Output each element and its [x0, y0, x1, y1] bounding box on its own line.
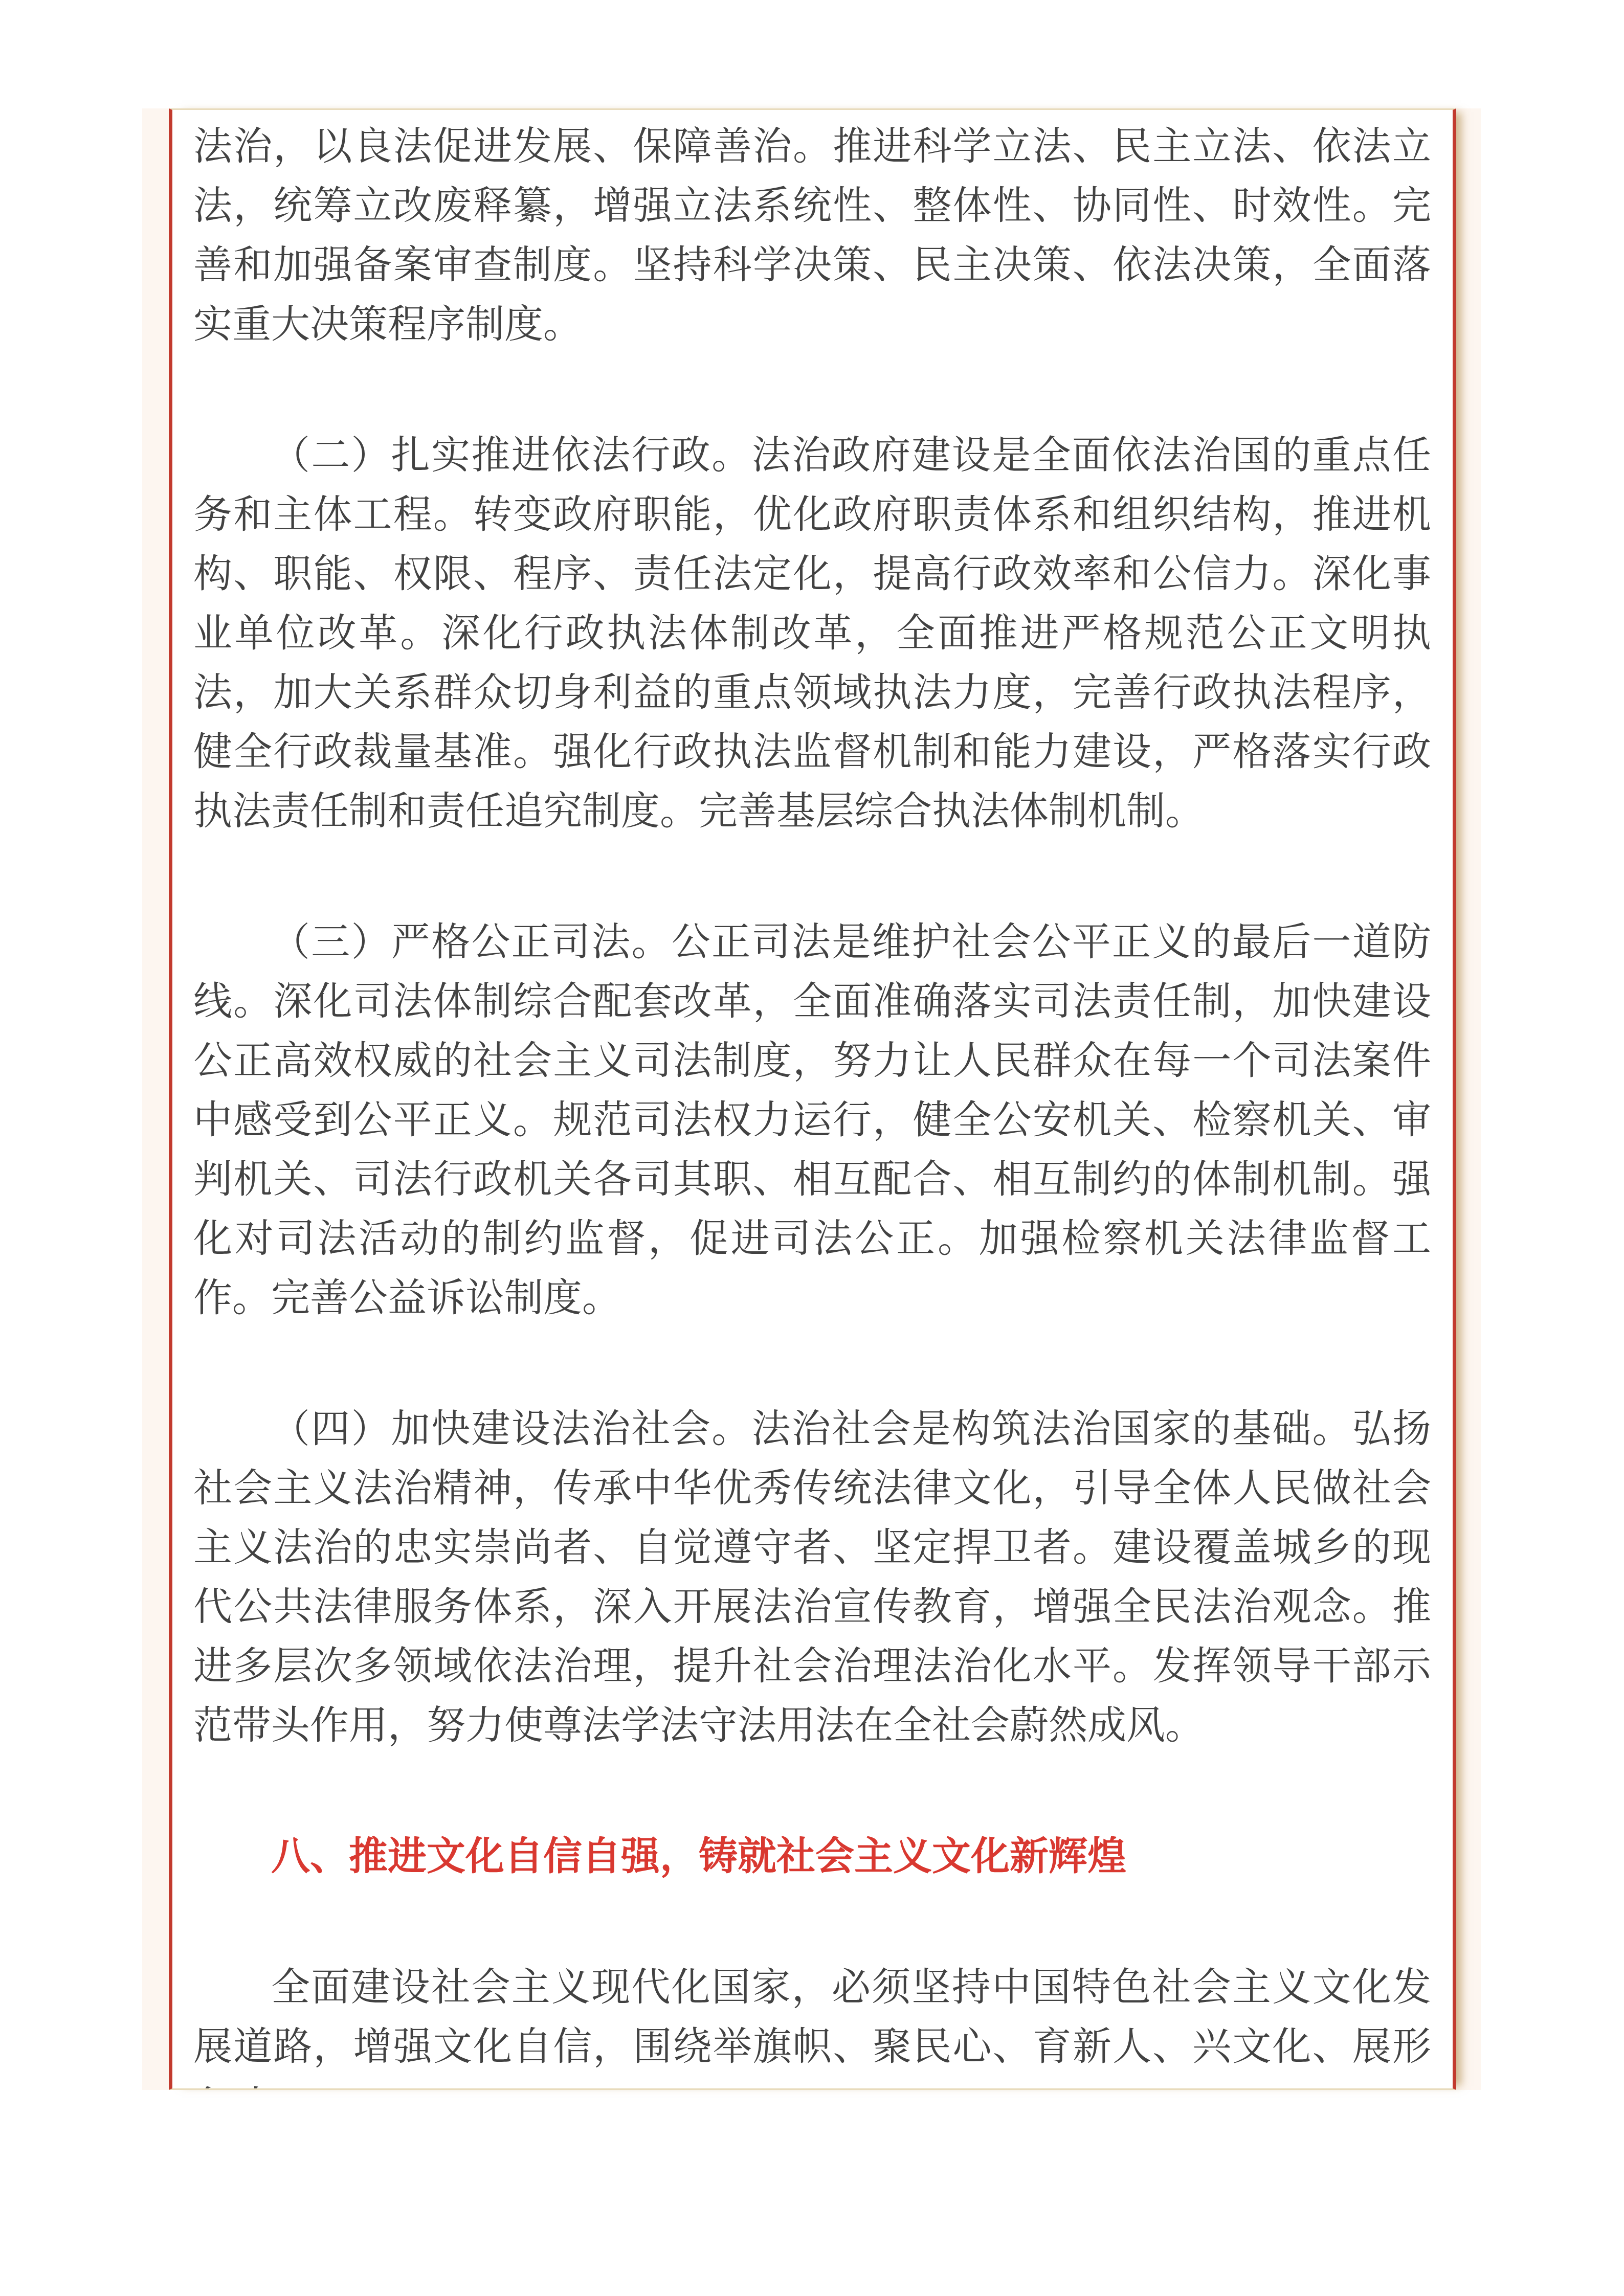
article-body: 法治，以良法促进发展、保障善治。推进科学立法、民主立法、依法立法，统筹立改废释纂… [169, 108, 1456, 2090]
page: { "colors": { "page-bg": "#ffffff", "car… [0, 0, 1624, 2296]
body-paragraph: （四）加快建设法治社会。法治社会是构筑法治国家的基础。弘扬社会主义法治精神，传承… [193, 1400, 1431, 1755]
article-card: 法治，以良法促进发展、保障善治。推进科学立法、民主立法、依法立法，统筹立改废释纂… [142, 108, 1481, 2090]
body-paragraph: 法治，以良法促进发展、保障善治。推进科学立法、民主立法、依法立法，统筹立改废释纂… [193, 117, 1431, 354]
section-heading: 八、推进文化自信自强，铸就社会主义文化新辉煌 [193, 1827, 1431, 1886]
body-paragraph: 全面建设社会主义现代化国家，必须坚持中国特色社会主义文化发展道路，增强文化自信，… [193, 1958, 1431, 2090]
body-paragraph: （二）扎实推进依法行政。法治政府建设是全面依法治国的重点任务和主体工程。转变政府… [193, 426, 1431, 841]
body-paragraph: （三）严格公正司法。公正司法是维护社会公平正义的最后一道防线。深化司法体制综合配… [193, 913, 1431, 1328]
